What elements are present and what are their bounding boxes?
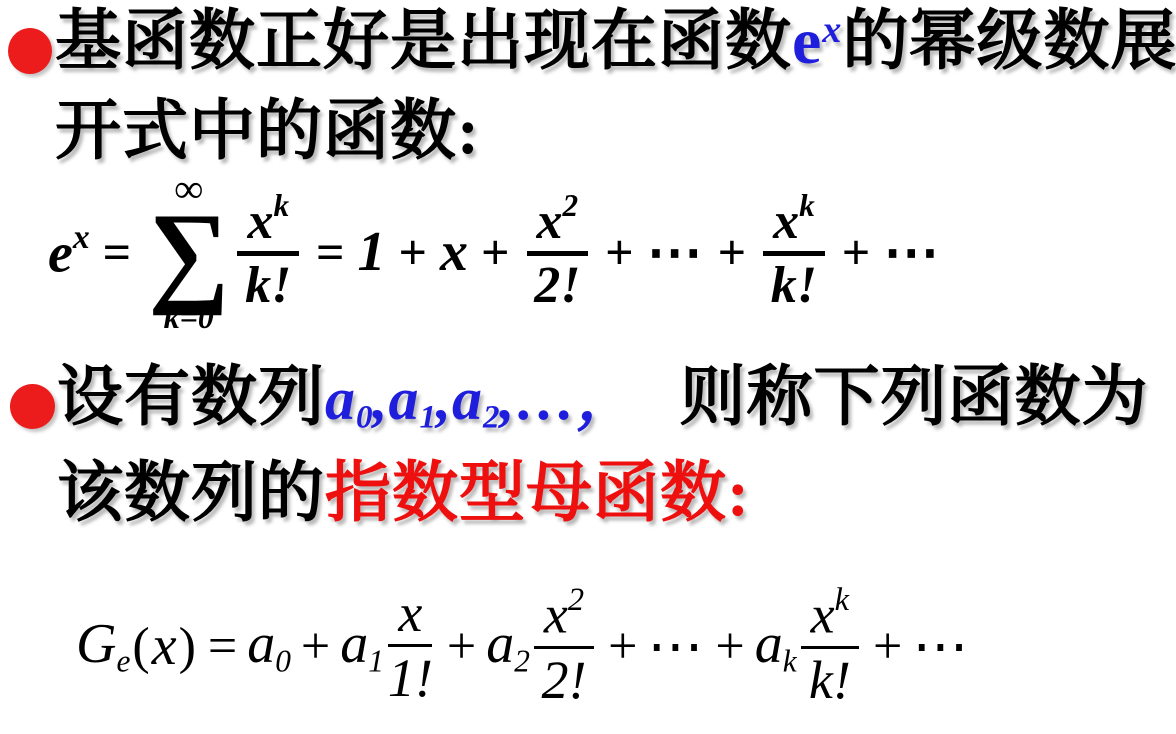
egf-term-highlight: 指数型母函数: xyxy=(325,457,750,530)
sum-lower-limit: k=0 xyxy=(164,299,214,333)
f2-a0: a0 xyxy=(247,612,291,679)
slide: 基函数正好是出现在函数ex的幂级数展 开式中的函数: ex = ∞ ∑ k=0 … xyxy=(0,0,1176,734)
bullet1-line2: 开式中的函数: xyxy=(55,90,480,173)
bullet1-line1: 基函数正好是出现在函数ex的幂级数展 xyxy=(55,0,1176,83)
f1-lhs: ex xyxy=(48,219,90,286)
f2-a2: a2 xyxy=(486,612,530,679)
f1-eq2: = xyxy=(316,223,345,281)
f2-a1: a1 xyxy=(340,612,384,679)
f1-frac-xk2: xk k! xyxy=(763,190,825,314)
f1-plus4: + xyxy=(718,223,747,281)
seq-a2: a2,…， xyxy=(452,366,638,432)
sigma-symbol: ∑ xyxy=(148,207,229,298)
f2-eq: = xyxy=(208,617,237,676)
f2-plus2: + xyxy=(447,617,476,676)
f2-plus5: + xyxy=(873,617,902,676)
f1-frac-x2: x2 2! xyxy=(527,190,589,314)
exp-x-highlight: ex xyxy=(792,5,842,78)
f2-cdots1: ⋯ xyxy=(647,614,705,679)
f2-ak: ak xyxy=(755,612,797,679)
f2-cdots2: ⋯ xyxy=(912,614,970,679)
f1-plus3: + xyxy=(605,223,634,281)
bullet-icon-2 xyxy=(10,384,55,429)
bullet2-line1-pre: 设有数列 xyxy=(57,361,325,434)
f2-plus3: + xyxy=(608,617,637,676)
f2-G: Ge xyxy=(76,612,130,679)
f1-plus2: + xyxy=(481,223,510,281)
f1-eq1: = xyxy=(103,223,132,281)
bullet-icon-1 xyxy=(8,28,52,74)
f2-frac-x2: x2 2! xyxy=(534,583,594,708)
f2-var: x xyxy=(152,614,177,678)
bullet2-line2: 该数列的指数型母函数: xyxy=(57,452,750,535)
formula-exp-series: ex = ∞ ∑ k=0 xk k! = 1 + x + x2 2! + ⋯ +… xyxy=(48,166,941,338)
formula-egf: Ge ( x ) = a0 + a1 x 1! + a2 x2 2! + ⋯ +… xyxy=(76,562,970,730)
f2-rparen: ) xyxy=(179,617,196,676)
bullet2-line2-black: 该数列的 xyxy=(57,457,325,530)
bullet1-line1-pre: 基函数正好是出现在函数 xyxy=(55,5,792,78)
f2-frac-x1: x 1! xyxy=(388,585,433,706)
seq-a0: a0, xyxy=(325,366,389,432)
f1-term-x: x xyxy=(440,220,468,284)
f1-plus1: + xyxy=(399,223,428,281)
f2-plus4: + xyxy=(715,617,744,676)
seq-a1: a1, xyxy=(389,366,453,432)
f1-summation: ∞ ∑ k=0 xyxy=(148,171,229,332)
f1-plus5: + xyxy=(842,223,871,281)
f2-frac-xk: xk k! xyxy=(801,583,859,708)
f1-term-one: 1 xyxy=(358,220,386,284)
f2-plus1: + xyxy=(301,617,330,676)
sequence-a: a0,a1,a2,…， xyxy=(325,366,638,432)
bullet2-line1: 设有数列a0,a1,a2,…，则称下列函数为 xyxy=(57,356,1149,439)
bullet1-line1-post: 的幂级数展 xyxy=(842,5,1176,78)
bullet2-line1-post: 则称下列函数为 xyxy=(680,361,1149,434)
f1-cdots1: ⋯ xyxy=(647,220,705,285)
f1-cdots2: ⋯ xyxy=(883,220,941,285)
f2-lparen: ( xyxy=(132,617,149,676)
f1-frac-xk: xk k! xyxy=(237,190,299,314)
